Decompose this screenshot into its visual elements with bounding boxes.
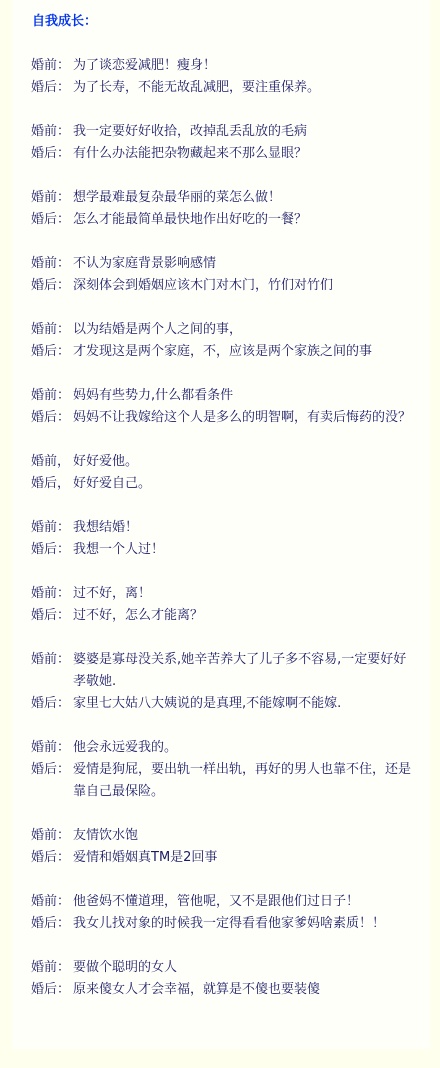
before-row: 婚前：过不好，离！ bbox=[31, 583, 416, 605]
after-row: 婚后：我女儿找对象的时候我一定得看看他家爹妈啥素质！！ bbox=[31, 913, 416, 935]
after-text: 深刻体会到婚姻应该木门对木门，竹们对竹们 bbox=[73, 275, 416, 297]
after-row: 婚后：妈妈不让我嫁给这个人是多么的明智啊，有卖后悔药的没？ bbox=[31, 407, 416, 429]
before-text: 他爸妈不懂道理，管他呢，又不是跟他们过日子！ bbox=[73, 891, 416, 913]
before-text: 好好爱他。 bbox=[73, 451, 416, 473]
after-text: 妈妈不让我嫁给这个人是多么的明智啊，有卖后悔药的没？ bbox=[73, 407, 416, 429]
after-label: 婚后， bbox=[31, 473, 73, 495]
before-label: 婚前： bbox=[31, 187, 73, 209]
before-label: 婚前： bbox=[31, 517, 73, 539]
after-row: 婚后：爱情是狗屁，要出轨一样出轨，再好的男人也靠不住，还是靠自己最保险。 bbox=[31, 759, 416, 803]
before-text: 妈妈有些势力,什么都看条件 bbox=[73, 385, 416, 407]
after-text: 家里七大姑八大姨说的是真理,不能嫁啊不能嫁. bbox=[73, 693, 416, 715]
before-text: 友情饮水饱 bbox=[73, 825, 416, 847]
after-row: 婚后：为了长寿，不能无故乱减肥，要注重保养。 bbox=[31, 77, 416, 99]
before-row: 婚前：不认为家庭背景影响感情 bbox=[31, 253, 416, 275]
before-text: 以为结婚是两个人之间的事， bbox=[73, 319, 416, 341]
after-row: 婚后：过不好，怎么才能离？ bbox=[31, 605, 416, 627]
section-title: 自我成长： bbox=[32, 12, 97, 32]
after-text: 有什么办法能把杂物藏起来不那么显眼？ bbox=[73, 143, 416, 165]
after-text: 我女儿找对象的时候我一定得看看他家爹妈啥素质！！ bbox=[73, 913, 416, 935]
after-row: 婚后：家里七大姑八大姨说的是真理,不能嫁啊不能嫁. bbox=[31, 693, 416, 715]
before-text: 我想结婚！ bbox=[73, 517, 416, 539]
comparison-pair: 婚前：他爸妈不懂道理，管他呢，又不是跟他们过日子！婚后：我女儿找对象的时候我一定… bbox=[31, 891, 416, 935]
comparison-pair: 婚前：友情饮水饱婚后：爱情和婚姻真TM是2回事 bbox=[31, 825, 416, 869]
before-row: 婚前：想学最难最复杂最华丽的菜怎么做！ bbox=[31, 187, 416, 209]
before-text: 为了谈恋爱减肥！瘦身！ bbox=[73, 55, 416, 77]
after-text: 原来傻女人才会幸福，就算是不傻也要装傻 bbox=[73, 979, 416, 1001]
before-label: 婚前： bbox=[31, 825, 73, 847]
before-row: 婚前：以为结婚是两个人之间的事， bbox=[31, 319, 416, 341]
before-label: 婚前： bbox=[31, 649, 73, 693]
after-text: 爱情和婚姻真TM是2回事 bbox=[73, 847, 416, 869]
after-row: 婚后：原来傻女人才会幸福，就算是不傻也要装傻 bbox=[31, 979, 416, 1001]
comparison-pair: 婚前：过不好，离！婚后：过不好，怎么才能离？ bbox=[31, 583, 416, 627]
comparison-pair: 婚前：妈妈有些势力,什么都看条件婚后：妈妈不让我嫁给这个人是多么的明智啊，有卖后… bbox=[31, 385, 416, 429]
comparison-pair: 婚前：以为结婚是两个人之间的事，婚后：才发现这是两个家庭，不，应该是两个家族之间… bbox=[31, 319, 416, 363]
before-text: 他会永远爱我的。 bbox=[73, 737, 416, 759]
after-label: 婚后： bbox=[31, 341, 73, 363]
before-label: 婚前： bbox=[31, 891, 73, 913]
before-row: 婚前：婆婆是寡母没关系,她辛苦养大了儿子多不容易,一定要好好孝敬她. bbox=[31, 649, 416, 693]
before-text: 我一定要好好收拾，改掉乱丢乱放的毛病 bbox=[73, 121, 416, 143]
comparison-pair: 婚前，好好爱他。婚后，好好爱自己。 bbox=[31, 451, 416, 495]
after-label: 婚后： bbox=[31, 979, 73, 1001]
comparison-pair: 婚前：我一定要好好收拾，改掉乱丢乱放的毛病婚后：有什么办法能把杂物藏起来不那么显… bbox=[31, 121, 416, 165]
before-row: 婚前，好好爱他。 bbox=[31, 451, 416, 473]
before-row: 婚前：我想结婚！ bbox=[31, 517, 416, 539]
before-row: 婚前：他会永远爱我的。 bbox=[31, 737, 416, 759]
before-label: 婚前： bbox=[31, 253, 73, 275]
after-label: 婚后： bbox=[31, 539, 73, 561]
after-text: 为了长寿，不能无故乱减肥，要注重保养。 bbox=[73, 77, 416, 99]
before-row: 婚前：妈妈有些势力,什么都看条件 bbox=[31, 385, 416, 407]
before-label: 婚前： bbox=[31, 385, 73, 407]
before-row: 婚前：为了谈恋爱减肥！瘦身！ bbox=[31, 55, 416, 77]
before-label: 婚前： bbox=[31, 957, 73, 979]
comparison-pair: 婚前：不认为家庭背景影响感情婚后：深刻体会到婚姻应该木门对木门，竹们对竹们 bbox=[31, 253, 416, 297]
comparison-pair: 婚前：我想结婚！婚后：我想一个人过！ bbox=[31, 517, 416, 561]
before-row: 婚前：要做个聪明的女人 bbox=[31, 957, 416, 979]
comparison-pair: 婚前：要做个聪明的女人婚后：原来傻女人才会幸福，就算是不傻也要装傻 bbox=[31, 957, 416, 1001]
after-label: 婚后： bbox=[31, 209, 73, 231]
after-label: 婚后： bbox=[31, 275, 73, 297]
before-text: 不认为家庭背景影响感情 bbox=[73, 253, 416, 275]
article-body: 婚前：为了谈恋爱减肥！瘦身！婚后：为了长寿，不能无故乱减肥，要注重保养。婚前：我… bbox=[31, 55, 416, 1023]
after-text: 怎么才能最简单最快地作出好吃的一餐？ bbox=[73, 209, 416, 231]
before-label: 婚前： bbox=[31, 737, 73, 759]
before-row: 婚前：他爸妈不懂道理，管他呢，又不是跟他们过日子！ bbox=[31, 891, 416, 913]
before-row: 婚前：我一定要好好收拾，改掉乱丢乱放的毛病 bbox=[31, 121, 416, 143]
after-row: 婚后：我想一个人过！ bbox=[31, 539, 416, 561]
comparison-pair: 婚前：他会永远爱我的。婚后：爱情是狗屁，要出轨一样出轨，再好的男人也靠不住，还是… bbox=[31, 737, 416, 803]
after-label: 婚后： bbox=[31, 77, 73, 99]
before-text: 想学最难最复杂最华丽的菜怎么做！ bbox=[73, 187, 416, 209]
after-text: 我想一个人过！ bbox=[73, 539, 416, 561]
before-text: 要做个聪明的女人 bbox=[73, 957, 416, 979]
before-text: 婆婆是寡母没关系,她辛苦养大了儿子多不容易,一定要好好孝敬她. bbox=[73, 649, 416, 693]
after-row: 婚后：爱情和婚姻真TM是2回事 bbox=[31, 847, 416, 869]
after-text: 才发现这是两个家庭，不，应该是两个家族之间的事 bbox=[73, 341, 416, 363]
after-label: 婚后： bbox=[31, 847, 73, 869]
before-label: 婚前： bbox=[31, 55, 73, 77]
comparison-pair: 婚前：婆婆是寡母没关系,她辛苦养大了儿子多不容易,一定要好好孝敬她.婚后：家里七… bbox=[31, 649, 416, 715]
after-label: 婚后： bbox=[31, 407, 73, 429]
after-label: 婚后： bbox=[31, 693, 73, 715]
after-text: 好好爱自己。 bbox=[73, 473, 416, 495]
after-row: 婚后：怎么才能最简单最快地作出好吃的一餐？ bbox=[31, 209, 416, 231]
before-row: 婚前：友情饮水饱 bbox=[31, 825, 416, 847]
after-label: 婚后： bbox=[31, 913, 73, 935]
after-row: 婚后：有什么办法能把杂物藏起来不那么显眼？ bbox=[31, 143, 416, 165]
before-label: 婚前： bbox=[31, 319, 73, 341]
after-text: 爱情是狗屁，要出轨一样出轨，再好的男人也靠不住，还是靠自己最保险。 bbox=[73, 759, 416, 803]
before-label: 婚前： bbox=[31, 583, 73, 605]
after-text: 过不好，怎么才能离？ bbox=[73, 605, 416, 627]
after-label: 婚后： bbox=[31, 759, 73, 803]
before-label: 婚前， bbox=[31, 451, 73, 473]
after-label: 婚后： bbox=[31, 143, 73, 165]
before-text: 过不好，离！ bbox=[73, 583, 416, 605]
after-row: 婚后：深刻体会到婚姻应该木门对木门，竹们对竹们 bbox=[31, 275, 416, 297]
comparison-pair: 婚前：为了谈恋爱减肥！瘦身！婚后：为了长寿，不能无故乱减肥，要注重保养。 bbox=[31, 55, 416, 99]
comparison-pair: 婚前：想学最难最复杂最华丽的菜怎么做！婚后：怎么才能最简单最快地作出好吃的一餐？ bbox=[31, 187, 416, 231]
after-row: 婚后，好好爱自己。 bbox=[31, 473, 416, 495]
before-label: 婚前： bbox=[31, 121, 73, 143]
after-label: 婚后： bbox=[31, 605, 73, 627]
after-row: 婚后：才发现这是两个家庭，不，应该是两个家族之间的事 bbox=[31, 341, 416, 363]
